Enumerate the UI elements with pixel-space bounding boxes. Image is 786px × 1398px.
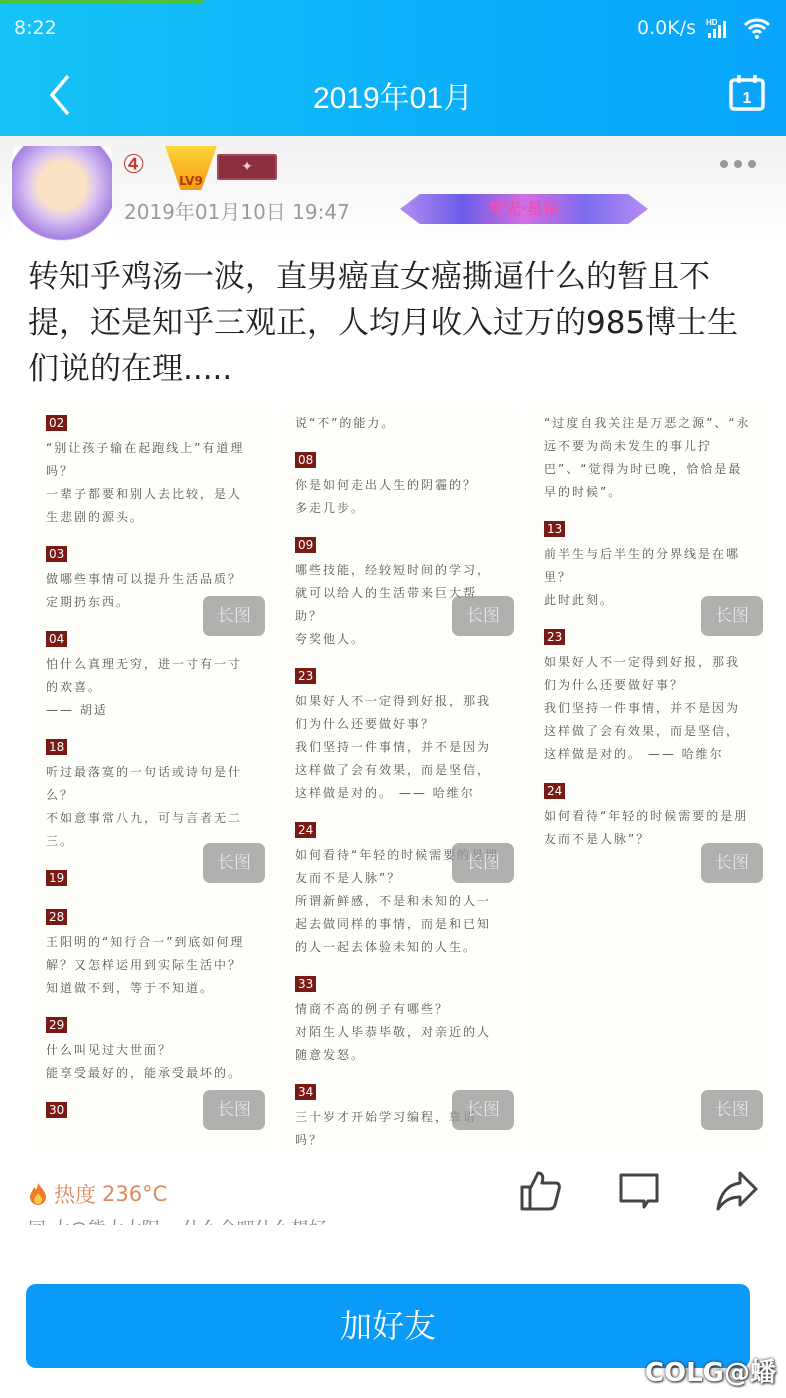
wifi-icon [742, 16, 772, 40]
post-card: ④ LV9 ✦ 2019年01月10日 19:47 穹光·星钻 转知乎鸡汤一波，… [0, 136, 786, 1256]
entry-answer: 对陌生人毕恭毕敬，对亲近的人随意发怒。 [295, 1021, 502, 1067]
image-entry: 24如何看待“年轻的时候需要的是朋友而不是人脉”？所谓新鲜感，不是和未知的人一起… [295, 819, 502, 959]
progress-strip [0, 0, 204, 4]
entry-number: 02 [46, 415, 67, 431]
entry-question: 如果好人不一定得到好报，那我们为什么还要做好事？ [544, 651, 751, 697]
share-icon[interactable] [714, 1167, 760, 1213]
app-header: 8:22 0.0K/s HD 2019年01月 1 [0, 0, 786, 136]
entry-question: 你是如何走出人生的阴霾的？ [295, 474, 502, 497]
image-entry: 24如何看待“年轻的时候需要的是朋友而不是人脉”？ [544, 780, 751, 851]
entry-answer: —— 胡适 [46, 699, 253, 722]
image-entry: 18听过最落寞的一句话或诗句是什么？不如意事常八九，可与言者无二三。 [46, 736, 253, 853]
heat-label: 热度 [54, 1179, 96, 1209]
post-timestamp: 2019年01月10日 19:47 [124, 196, 350, 225]
entry-question: 听过最落寞的一句话或诗句是什么？ [46, 761, 253, 807]
entry-question: 怕什么真理无穷，进一寸有一寸的欢喜。 [46, 653, 253, 699]
svg-text:HD: HD [706, 18, 718, 27]
author-row: ④ LV9 ✦ 2019年01月10日 19:47 穹光·星钻 [0, 136, 786, 246]
status-bar: 8:22 0.0K/s HD [14, 14, 772, 42]
entry-answer: 所谓新鲜感，不是和未知的人一起去做同样的事情，而是和已知的人一起去体验未知的人生… [295, 890, 502, 959]
entry-number: 30 [46, 1102, 67, 1118]
image-entry: 23如果好人不一定得到好报，那我们为什么还要做好事？我们坚持一件事情，并不是因为… [544, 626, 751, 766]
entry-number: 13 [544, 521, 565, 537]
entry-number: 09 [295, 537, 316, 553]
image-3[interactable]: “过度自我关注是万恶之源”、“永远不要为尚未发生的事儿拧巴”、“觉得为时已晚，恰… [526, 406, 769, 1151]
entry-number: 19 [46, 870, 67, 886]
image-entry: 29什么叫见过大世面？能享受最好的，能承受最坏的。 [46, 1014, 253, 1085]
entry-question: “别让孩子输在起跑线上”有道理吗？ [46, 437, 253, 483]
like-icon[interactable] [518, 1167, 564, 1213]
entry-answer: 我们坚持一件事情，并不是因为这样做了会有效果，而是坚信，这样做是对的。 —— 哈… [544, 697, 751, 766]
long-image-badge: 长图 [203, 596, 265, 636]
entry-question: 王阳明的“知行合一”到底如何理解？又怎样运用到实际生活中？ [46, 931, 253, 977]
status-time: 8:22 [14, 17, 57, 39]
long-image-badge: 长图 [203, 843, 265, 883]
rank-badge: ④ [122, 150, 145, 180]
long-image-badge: 长图 [701, 1090, 763, 1130]
image-entry: 说“不”的能力。 [295, 412, 502, 435]
post-footer: 热度 236°C 回 大@熊大大阳 ...什么全吧什么想好 [0, 1151, 786, 1241]
calendar-icon[interactable]: 1 [728, 74, 766, 112]
flame-icon [28, 1182, 48, 1206]
image-entry: 08你是如何走出人生的阴霾的？多走几步。 [295, 449, 502, 520]
heat-value: 236°C [102, 1182, 167, 1206]
add-friend-button[interactable]: 加好友 [26, 1284, 750, 1368]
entry-number: 04 [46, 631, 67, 647]
more-options-icon[interactable] [720, 160, 756, 168]
image-entry: 04怕什么真理无穷，进一寸有一寸的欢喜。—— 胡适 [46, 628, 253, 722]
entry-number: 34 [295, 1084, 316, 1100]
long-image-badge: 长图 [452, 596, 514, 636]
long-image-badge: 长图 [452, 843, 514, 883]
post-text: 转知乎鸡汤一波，直男癌直女癌撕逼什么的暂且不提，还是知乎三观正，人均月收入过万的… [28, 254, 768, 392]
level-badge: LV9 [165, 146, 217, 190]
entry-answer: 多走几步。 [295, 497, 502, 520]
entry-number: 29 [46, 1017, 67, 1033]
image-1[interactable]: 02“别让孩子输在起跑线上”有道理吗？一辈子都要和别人去比较，是人生悲剧的源头。… [28, 406, 271, 1151]
image-entry: 28王阳明的“知行合一”到底如何理解？又怎样运用到实际生活中？知道做不到，等于不… [46, 906, 253, 1000]
page-title: 2019年01月 [313, 73, 473, 117]
long-image-badge: 长图 [701, 596, 763, 636]
heat-indicator: 热度 236°C [28, 1179, 167, 1209]
net-speed: 0.0K/s [637, 17, 696, 39]
entry-number: 28 [46, 909, 67, 925]
entry-number: 08 [295, 452, 316, 468]
entry-number: 03 [46, 546, 67, 562]
comment-icon[interactable] [616, 1167, 662, 1213]
svg-text:1: 1 [743, 90, 752, 107]
truncated-comment-preview: 回 大@熊大大阳 ...什么全吧什么想好 [28, 1215, 408, 1225]
entry-question: 情商不高的例子有哪些？ [295, 998, 502, 1021]
image-entry: 23如果好人不一定得到好报，那我们为什么还要做好事？我们坚持一件事情，并不是因为… [295, 665, 502, 805]
signal-icon: HD [704, 17, 734, 39]
entry-question: 如果好人不一定得到好报，那我们为什么还要做好事？ [295, 690, 502, 736]
entry-answer: 知道做不到，等于不知道。 [46, 977, 253, 1000]
image-entry: “过度自我关注是万恶之源”、“永远不要为尚未发生的事儿拧巴”、“觉得为时已晚，恰… [544, 412, 751, 504]
wing-badge-icon: ✦ [217, 154, 277, 180]
entry-answer: “过度自我关注是万恶之源”、“永远不要为尚未发生的事儿拧巴”、“觉得为时已晚，恰… [544, 412, 751, 504]
entry-number: 24 [295, 822, 316, 838]
long-image-badge: 长图 [203, 1090, 265, 1130]
entry-number: 18 [46, 739, 67, 755]
nav-bar: 2019年01月 1 [0, 60, 786, 130]
entry-number: 23 [544, 629, 565, 645]
long-image-badge: 长图 [701, 843, 763, 883]
image-entry: 02“别让孩子输在起跑线上”有道理吗？一辈子都要和别人去比较，是人生悲剧的源头。 [46, 412, 253, 529]
avatar[interactable] [12, 146, 112, 244]
entry-answer: 一辈子都要和别人去比较，是人生悲剧的源头。 [46, 483, 253, 529]
vip-banner: 穹光·星钻 [400, 194, 648, 224]
entry-number: 23 [295, 668, 316, 684]
entry-answer: 能享受最好的，能承受最坏的。 [46, 1062, 253, 1085]
entry-question: 前半生与后半生的分界线是在哪里？ [544, 543, 751, 589]
back-icon[interactable] [42, 72, 82, 118]
image-entry: 33情商不高的例子有哪些？对陌生人毕恭毕敬，对亲近的人随意发怒。 [295, 973, 502, 1067]
entry-answer: 我们坚持一件事情，并不是因为这样做了会有效果，而是坚信，这样做是对的。 —— 哈… [295, 736, 502, 805]
image-2[interactable]: 说“不”的能力。08你是如何走出人生的阴霾的？多走几步。09哪些技能，经较短时间… [277, 406, 520, 1151]
entry-number: 24 [544, 783, 565, 799]
watermark: COLG@蟠 [645, 1352, 776, 1389]
entry-answer: 说“不”的能力。 [295, 412, 502, 435]
entry-question: 什么叫见过大世面？ [46, 1039, 253, 1062]
long-image-badge: 长图 [452, 1090, 514, 1130]
entry-question: 做哪些事情可以提升生活品质？ [46, 568, 253, 591]
post-images: 02“别让孩子输在起跑线上”有道理吗？一辈子都要和别人去比较，是人生悲剧的源头。… [0, 406, 786, 1151]
entry-number: 33 [295, 976, 316, 992]
